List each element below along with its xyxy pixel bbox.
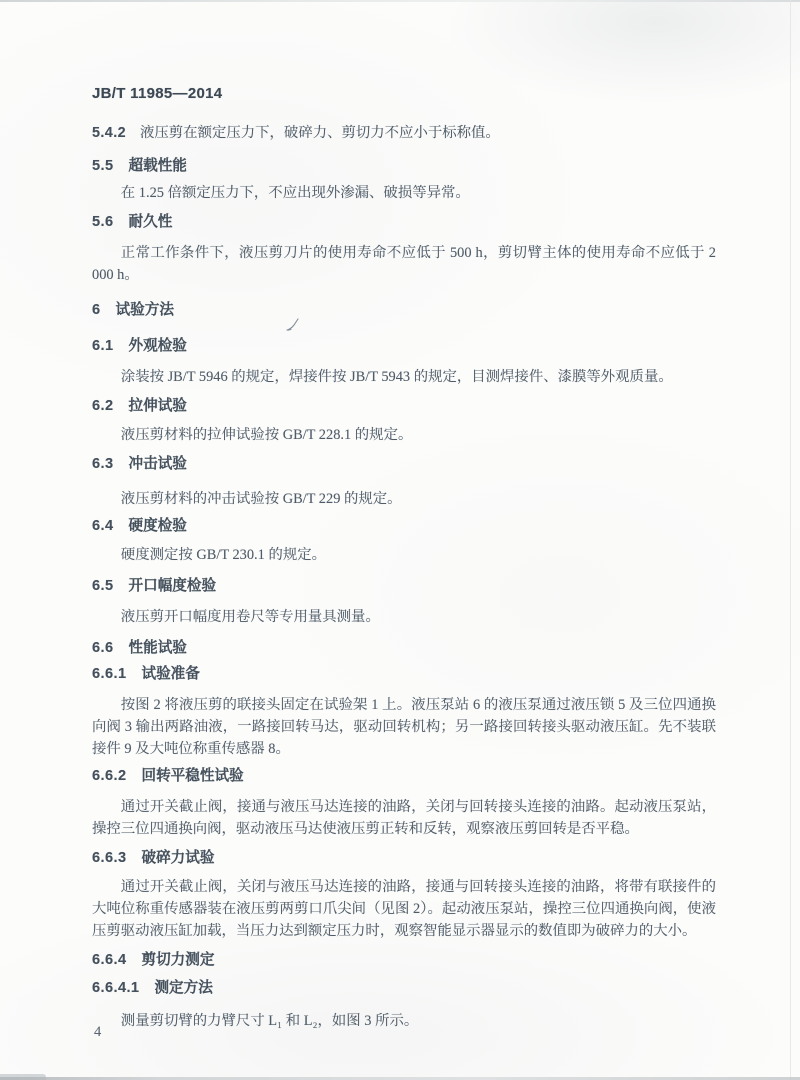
section-number: 6.5 — [92, 578, 114, 594]
clause-text: 液压剪在额定压力下，破碎力、剪切力不应小于标称值。 — [140, 125, 500, 141]
heading-6-6-3: 6.6.3破碎力试验 — [92, 848, 716, 868]
paragraph-crushing-force: 通过开关截止阀，关闭与液压马达连接的油路，接通与回转接头连接的油路，将带有联接件… — [92, 876, 716, 942]
section-number: 6.6.4 — [92, 952, 126, 968]
paragraph-impact: 液压剪材料的冲击试验按 GB/T 229 的规定。 — [92, 488, 716, 510]
document-standard-number: JB/T 11985—2014 — [92, 85, 716, 102]
scanned-document-page: JB/T 11985—2014 5.4.2液压剪在额定压力下，破碎力、剪切力不应… — [0, 0, 800, 1080]
heading-6-4: 6.4硬度检验 — [92, 516, 716, 536]
section-number: 6.6.4.1 — [92, 980, 139, 996]
section-number: 6.6.2 — [92, 768, 126, 784]
section-title: 剪切力测定 — [141, 952, 214, 968]
heading-5-5: 5.5超载性能 — [92, 156, 716, 176]
paragraph-opening-width: 液压剪开口幅度用卷尺等专用量具测量。 — [92, 606, 716, 628]
clause-5-4-2: 5.4.2液压剪在额定压力下，破碎力、剪切力不应小于标称值。 — [92, 122, 716, 144]
section-number: 6.3 — [92, 456, 114, 472]
paragraph-tensile: 液压剪材料的拉伸试验按 GB/T 228.1 的规定。 — [92, 424, 716, 446]
section-title: 冲击试验 — [129, 456, 187, 472]
section-number: 6.6 — [92, 640, 114, 656]
section-number: 6 — [92, 302, 101, 318]
section-title: 测定方法 — [154, 980, 212, 996]
heading-5-6: 5.6耐久性 — [92, 212, 716, 232]
section-number: 6.6.3 — [92, 850, 126, 866]
page-content: JB/T 11985—2014 5.4.2液压剪在额定压力下，破碎力、剪切力不应… — [92, 0, 716, 1032]
heading-6-6-2: 6.6.2回转平稳性试验 — [92, 766, 716, 786]
heading-6-2: 6.2拉伸试验 — [92, 396, 716, 416]
heading-6-6-4-1: 6.6.4.1测定方法 — [92, 978, 716, 998]
section-number: 5.5 — [92, 158, 114, 174]
paragraph-test-preparation: 按图 2 将液压剪的联接头固定在试验架 1 上。液压泵站 6 的液压泵通过液压锁… — [92, 694, 716, 760]
section-number: 6.6.1 — [92, 666, 126, 682]
heading-6-6: 6.6性能试验 — [92, 638, 716, 658]
heading-6-3: 6.3冲击试验 — [92, 454, 716, 474]
scan-edge-bottom-corner — [0, 1074, 46, 1080]
section-title: 外观检验 — [129, 338, 187, 354]
section-title: 拉伸试验 — [129, 398, 187, 414]
scan-edge-right — [790, 0, 791, 1080]
section-number: 6.1 — [92, 338, 114, 354]
heading-6-6-1: 6.6.1试验准备 — [92, 664, 716, 684]
heading-6: 6试验方法 — [92, 300, 716, 320]
paragraph-durability: 正常工作条件下，液压剪刀片的使用寿命不应低于 500 h，剪切臂主体的使用寿命不… — [92, 242, 716, 286]
section-title: 性能试验 — [129, 640, 187, 656]
heading-6-5: 6.5开口幅度检验 — [92, 576, 716, 596]
section-title: 回转平稳性试验 — [141, 768, 243, 784]
section-title: 超载性能 — [129, 158, 187, 174]
page-number: 4 — [94, 1024, 101, 1041]
section-title: 硬度检验 — [129, 518, 187, 534]
section-number: 6.2 — [92, 398, 114, 414]
section-title: 开口幅度检验 — [129, 578, 217, 594]
section-title: 耐久性 — [129, 214, 173, 230]
section-title: 破碎力试验 — [141, 850, 214, 866]
section-title: 试验准备 — [141, 666, 199, 682]
section-title: 试验方法 — [116, 302, 174, 318]
heading-6-6-4: 6.6.4剪切力测定 — [92, 950, 716, 970]
section-number: 6.4 — [92, 518, 114, 534]
heading-6-1: 6.1外观检验 — [92, 336, 716, 356]
paragraph-rotation-stability: 通过开关截止阀，接通与液压马达连接的油路，关闭与回转接头连接的油路。起动液压泵站… — [92, 796, 716, 840]
paragraph-overload: 在 1.25 倍额定压力下，不应出现外渗漏、破损等异常。 — [92, 182, 716, 204]
clause-number: 5.4.2 — [92, 125, 126, 141]
section-number: 5.6 — [92, 214, 114, 230]
paragraph-appearance: 涂装按 JB/T 5946 的规定，焊接件按 JB/T 5943 的规定，目测焊… — [92, 366, 716, 388]
paragraph-measuring-method: 测量剪切臂的力臂尺寸 L₁ 和 L₂，如图 3 所示。 — [92, 1010, 716, 1032]
paragraph-hardness: 硬度测定按 GB/T 230.1 的规定。 — [92, 544, 716, 566]
